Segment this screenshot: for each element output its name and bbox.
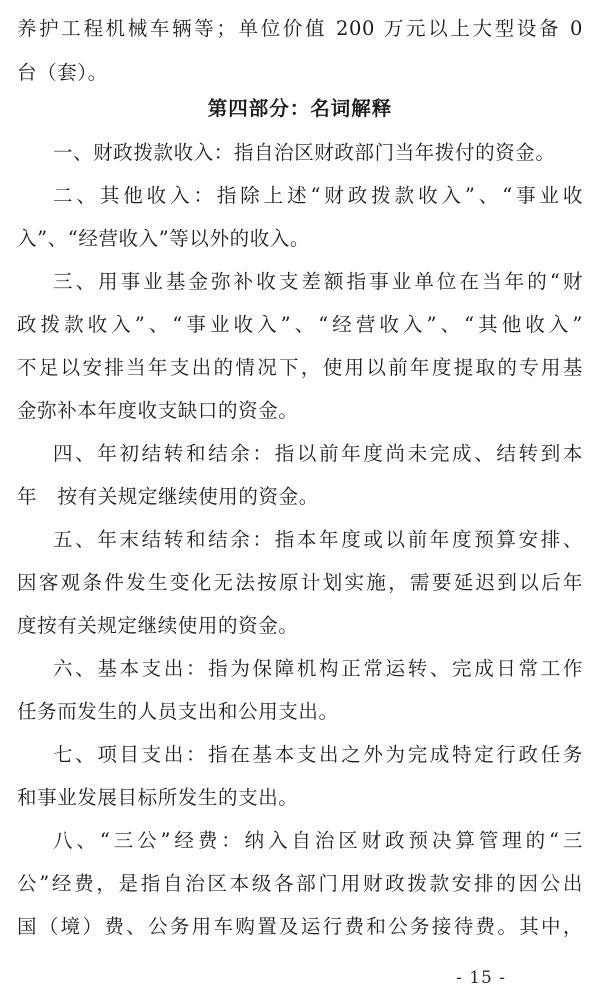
definition-2-line: 二、其他收入：指除上述“财政拨款收入”、“事业收 [53, 183, 583, 209]
definition-4-line: 四、年初结转和结余：指以前年度尚未完成、结转到本 [53, 441, 583, 467]
definition-1-line: 一、财政拨款收入：指自治区财政部门当年拨付的资金。 [53, 140, 583, 166]
section-heading: 第四部分：名词解释 [0, 96, 600, 122]
definition-3-line: 金弥补本年度收支缺口的资金。 [17, 398, 583, 424]
definition-6-line: 六、基本支出：指为保障机构正常运转、完成日常工作 [53, 656, 583, 682]
definition-3-line: 政拨款收入”、“事业收入”、“经营收入”、“其他收入” [17, 312, 583, 338]
definition-7-line: 七、项目支出：指在基本支出之外为完成特定行政任务 [53, 742, 583, 768]
definition-6-line: 任务而发生的人员支出和公用支出。 [17, 699, 583, 725]
definition-3-line: 三、用事业基金弥补收支差额指事业单位在当年的“财 [53, 269, 583, 295]
definition-7-line: 和事业发展目标所发生的支出。 [17, 785, 583, 811]
definition-5-line: 五、年末结转和结余：指本年度或以前年度预算安排、 [53, 527, 583, 553]
definition-5-line: 度按有关规定继续使用的资金。 [17, 613, 583, 639]
paragraph-line: 养护工程机械车辆等；单位价值 200 万元以上大型设备 0 [17, 16, 583, 42]
definition-4-line: 年 按有关规定继续使用的资金。 [17, 484, 583, 510]
definition-8-line: 公”经费，是指自治区本级各部门用财政拨款安排的因公出 [17, 871, 583, 897]
definition-5-line: 因客观条件发生变化无法按原计划实施，需要延迟到以后年 [17, 570, 583, 596]
definition-8-line: 国（境）费、公务用车购置及运行费和公务接待费。其中， [17, 914, 583, 940]
definition-8-line: 八、“三公”经费：纳入自治区财政预决算管理的“三 [53, 828, 583, 854]
definition-2-line: 入”、“经营收入”等以外的收入。 [17, 226, 583, 252]
definition-3-line: 不足以安排当年支出的情况下，使用以前年度提取的专用基 [17, 355, 583, 381]
paragraph-line: 台（套）。 [17, 60, 583, 86]
document-page: 养护工程机械车辆等；单位价值 200 万元以上大型设备 0 台（套）。 第四部分… [0, 0, 600, 1003]
page-number: - 15 - [456, 967, 506, 989]
